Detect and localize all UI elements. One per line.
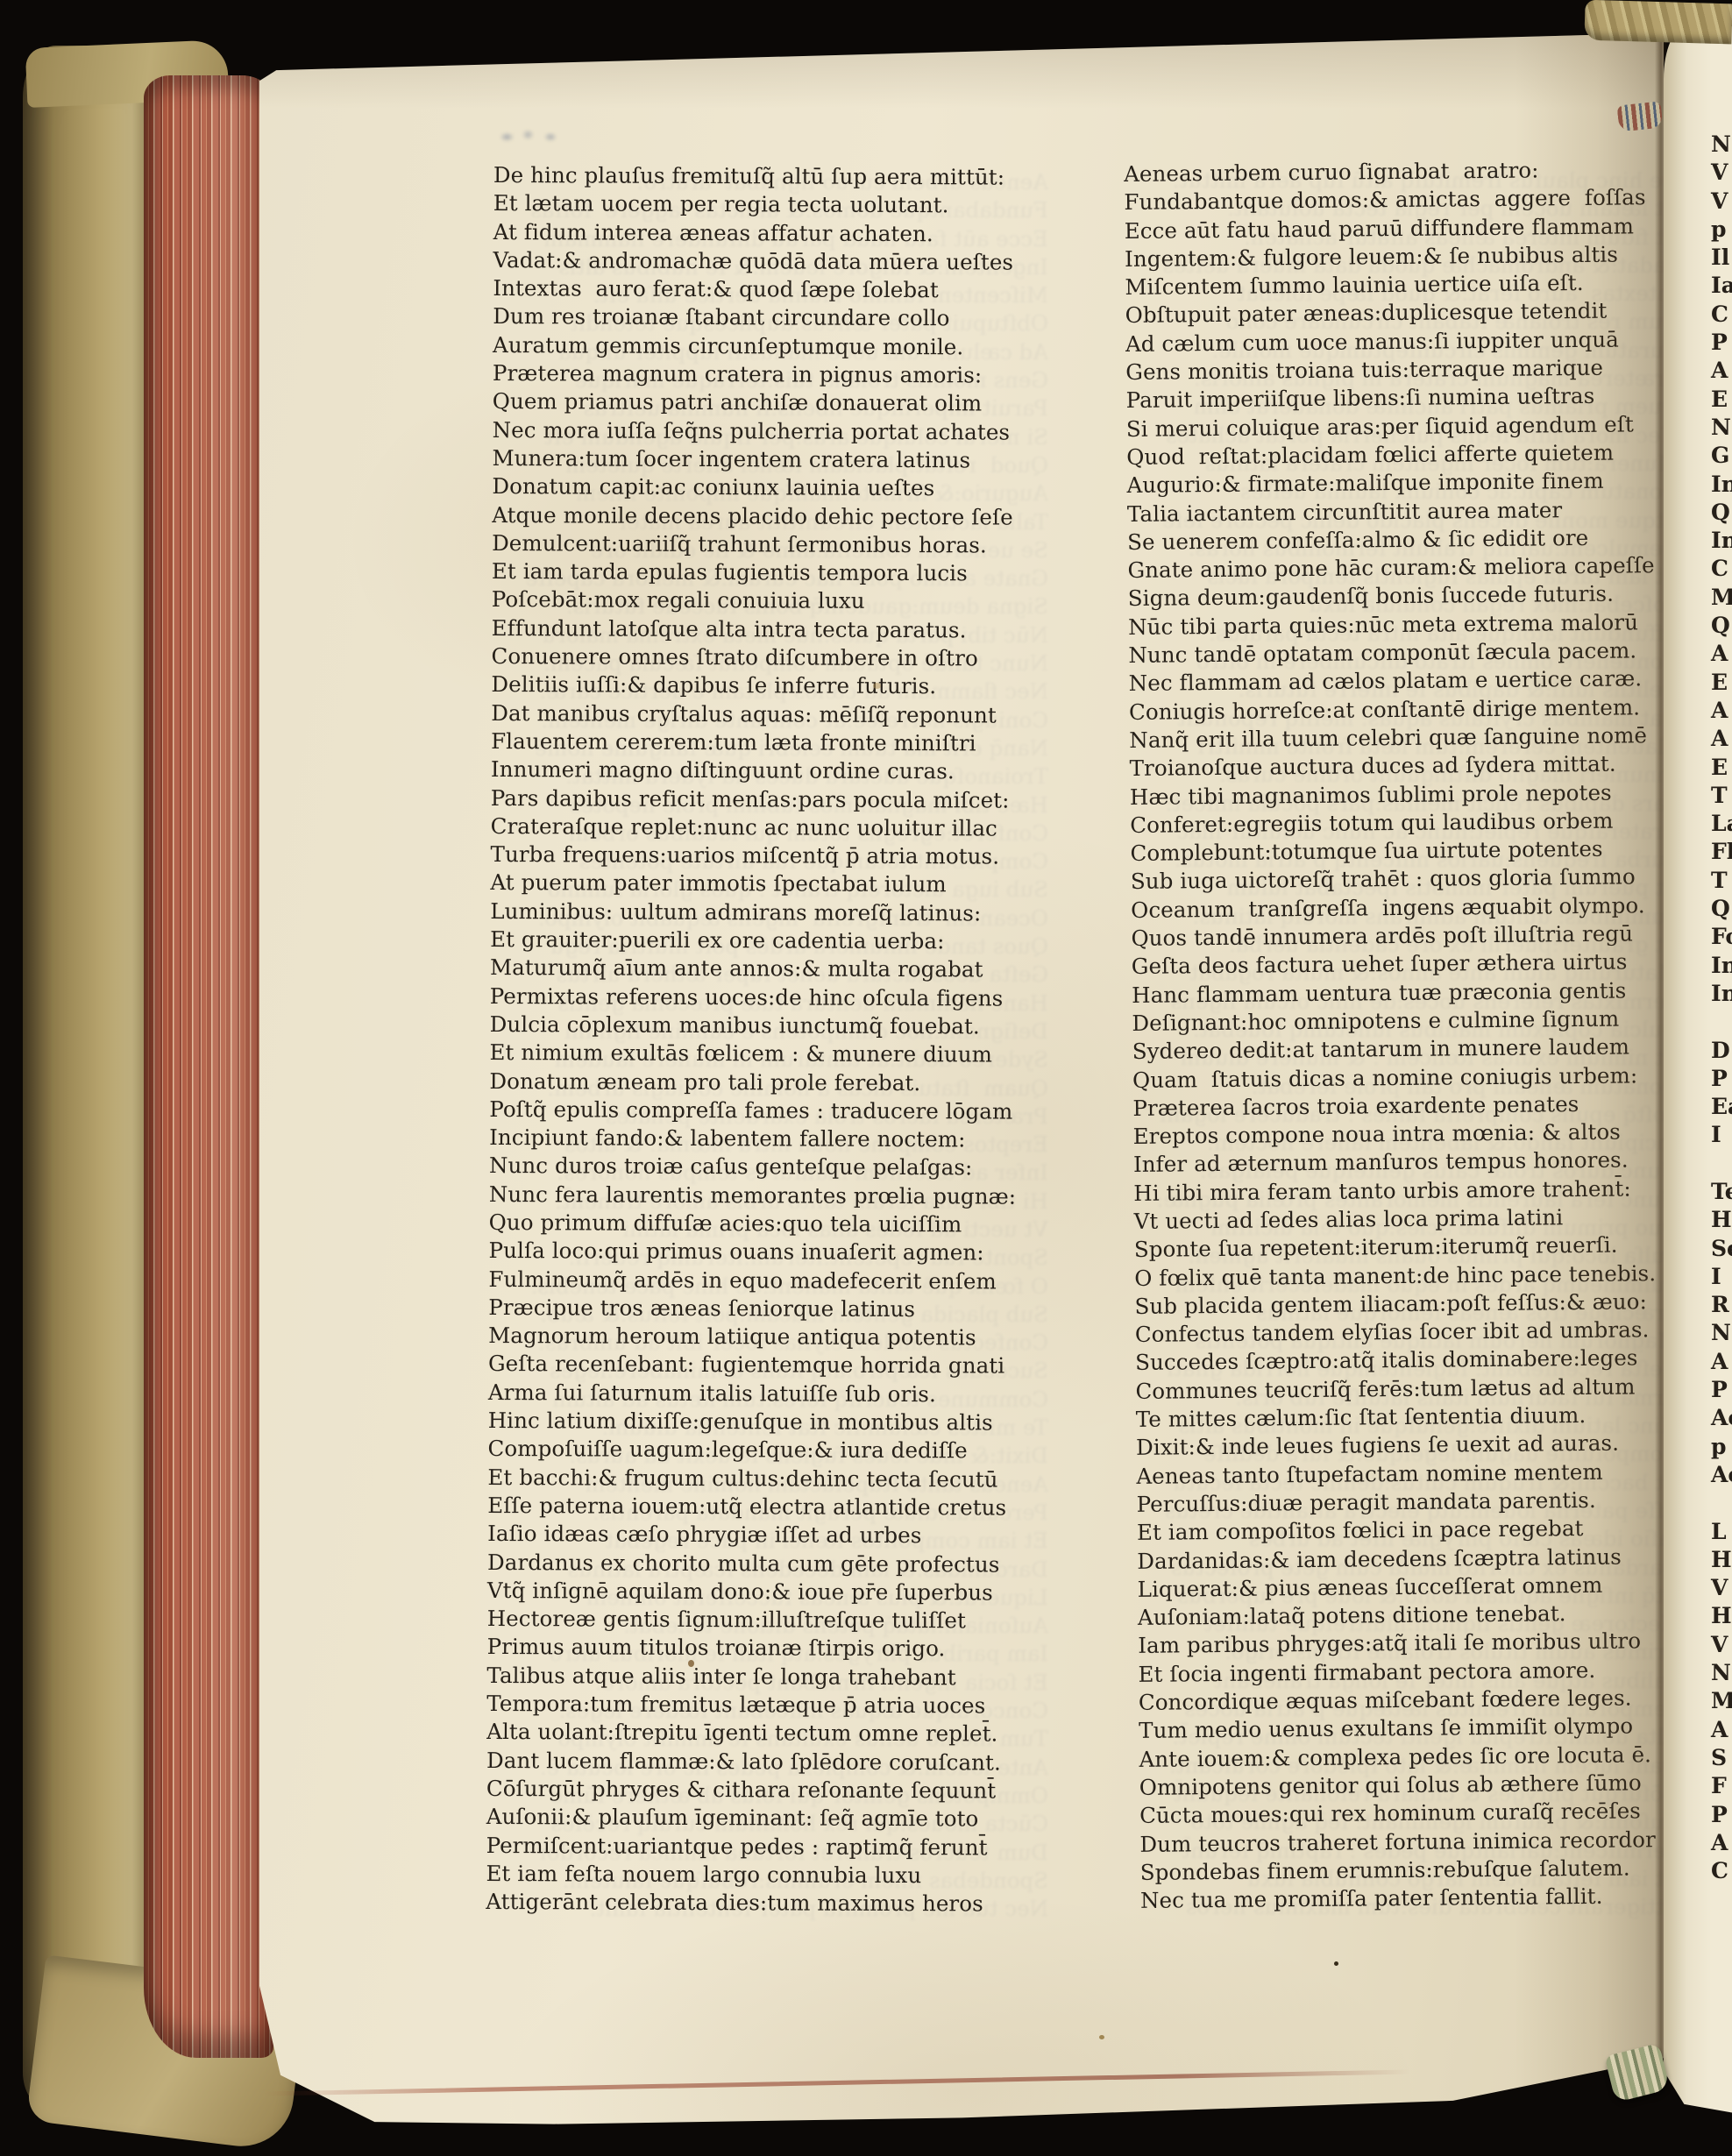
text-line: Sponte ſua repetent:iterum:iterumq̃ reue… [1134,1230,1661,1264]
text-line: Et bacchi:& frugum cultus:dehinc tecta ſ… [487,1464,1014,1494]
text-line: D [1711,1037,1732,1065]
text-line: Tempora:tum fremitus lætæque p̄ atria uo… [486,1690,1013,1720]
text-line: Flauentem cererem:tum læta fronte miniſt… [491,727,1018,758]
text-line [1711,1008,1732,1036]
text-column-left: De hinc plauſus fremituſq̃ altū ſup aera… [486,161,1020,1918]
text-line: Quem priamus patri anchiſæ donauerat oli… [493,387,1019,418]
text-line: Luminibus: uultum admirans moreſq̃ latin… [490,897,1017,928]
text-line: In [1711,980,1732,1008]
text-line: A [1711,640,1732,668]
text-line: C [1711,555,1732,583]
text-line: Il [1711,244,1732,272]
text-line: Poſtq̃ epulis compreſſa fames : traducer… [489,1096,1016,1126]
text-line: Magnorum heroum latiique antiqua potenti… [488,1322,1015,1352]
text-line: Nec tua me promiſſa pater ſententia fall… [1140,1882,1667,1915]
text-line: Dulcia cōplexum manibus iunctumq̃ foueba… [490,1011,1017,1041]
text-line: A [1711,725,1732,753]
text-line: Alta uolant:ſtrepitu īgenti tectum omne … [486,1718,1013,1748]
text-line: p [1711,216,1732,244]
text-line: Conuenere omnes ſtrato diſcumbere in oſt… [491,642,1018,673]
text-line: Hinc latium dixiſſe:genuſque in montibus… [488,1407,1015,1437]
text-line: Te [1711,1178,1732,1206]
text-line: In [1711,527,1732,555]
text-line: Iam paribus phryges:atq̃ itali ſe moribu… [1138,1628,1665,1661]
text-line: Intextas auro ferat:& quod ſæpe ſolebat [493,274,1019,305]
text-line: Geſta deos factura uehet ſuper æthera ui… [1132,947,1658,981]
text-line: Paruit imperiiſque libens:ſi numina ueſt… [1125,382,1652,415]
text-line: Percuſſus:diuæ peragit mandata parentis. [1137,1486,1664,1519]
text-line: At fidum interea æneas affatur achaten. [493,218,1020,249]
text-line: Ea [1711,1093,1732,1121]
text-line: Talibus atque aliis inter ſe longa trahe… [486,1662,1013,1692]
text-line: Fundabantque domos:& amictas aggere foſſ… [1124,184,1650,217]
text-line: H [1711,1546,1732,1574]
text-line: S [1711,1744,1732,1772]
left-page: Aeneas urbem curuo ſignabat aratro:Funda… [259,30,1664,2156]
text-line: Donatum capit:ac coniunx lauinia ueſtes [492,472,1019,503]
text-line: Auratum gemmis circunſeptumque monile. [493,331,1019,362]
text-line: Incipiunt fando:& labentem fallere nocte… [489,1124,1016,1154]
text-line: V [1711,159,1732,187]
text-line: E [1711,754,1732,782]
text-line: Fulmineumq̃ ardēs in equo madefecerit en… [488,1266,1015,1296]
text-line: Dardanus ex chorito multa cum gēte profe… [487,1549,1014,1579]
text-line: Arma ſui ſaturnum italis latuiſſe ſub or… [488,1379,1015,1409]
text-line: Crateraſque replet:nunc ac nunc uoluitur… [491,812,1018,843]
text-line: Sub iuga uictoreſq̃ trahēt : quos gloria… [1131,863,1657,897]
text-line: Ac [1711,1404,1732,1432]
text-line: E [1711,386,1732,414]
text-line: P [1711,1376,1732,1404]
text-line: Munera:tum ſocer ingentem cratera latinu… [492,444,1019,475]
text-line: Nunc fera laurentis memorantes prœlia pu… [489,1181,1016,1211]
text-line: Ia [1711,272,1732,300]
red-fore-edge [144,75,273,2058]
text-line: L [1711,1518,1732,1546]
text-line [1711,1489,1732,1517]
text-line: In [1711,471,1732,499]
text-line: A [1711,1348,1732,1376]
paper-speck [1099,2035,1104,2039]
text-line: Quam ſtatuis dicas a nomine coniugis urb… [1132,1061,1659,1095]
text-line: N [1711,1659,1732,1687]
facing-page-edge: NVVpIlIaCPAENGInQInCMQAEAAETLaFlTQFoInIn… [1664,26,1732,2121]
text-line: N [1711,414,1732,442]
text-line: Cūcta moues:qui rex hominum curaſq̃ recē… [1139,1797,1666,1830]
text-line: Poſcebāt:mox regali conuiuia luxu [492,585,1019,616]
text-line: Liquerat:& pius æneas ſucceſſerat omnem [1138,1571,1665,1604]
text-line [1711,1150,1732,1178]
facing-page-line-initials: NVVpIlIaCPAENGInQInCMQAEAAETLaFlTQFoInIn… [1711,131,1732,1885]
text-line: In [1711,952,1732,980]
text-line: N [1711,1319,1732,1347]
text-line: Nec mora iuſſa ſeq̃ns pulcherria portat … [493,416,1019,447]
text-line: V [1711,1574,1732,1602]
text-line: A [1711,697,1732,725]
text-line: Tum medio uenus exultans ſe immiſit olym… [1139,1712,1665,1745]
text-line: A [1711,1829,1732,1857]
text-line: E [1711,669,1732,697]
text-line: Obſtupuit pater æneas:duplicesque tetend… [1125,297,1652,330]
text-line: T [1711,782,1732,810]
text-line: T [1711,867,1732,895]
photo-of-open-book: Aeneas urbem curuo ſignabat aratro:Funda… [0,0,1732,2156]
text-line: Auſonii:& plauſum īgeminant: ſeq̃ agmīe … [486,1803,1013,1833]
text-line: Permiſcent:uariantque pedes : raptimq̃ f… [486,1831,1013,1862]
text-line: Vtq̃ inſignē aquilam dono:& ioue pr̄e ſu… [487,1577,1014,1607]
text-line: Et iam tarda epulas fugientis tempora lu… [492,557,1019,588]
text-line: La [1711,810,1732,838]
text-line: Q [1711,499,1732,527]
text-line: Turba frequens:uarios miſcentq̃ p̄ atria… [490,840,1017,871]
text-line: Compoſuiſſe uagum:legeſque:& iura dediſſ… [488,1435,1015,1465]
text-line: Demulcent:uariiſq̃ trahunt ſermonibus ho… [492,529,1019,560]
text-line: Quo primum diffuſæ acies:quo tela uiciſſ… [489,1209,1016,1239]
text-line: Se [1711,1235,1732,1263]
text-line: V [1711,188,1732,216]
text-line: Innumeri magno diſtinguunt ordine curas. [491,755,1018,786]
text-line: Augurio:& firmate:maliſque imponite fine… [1126,466,1653,500]
text-line: M [1711,1687,1732,1715]
text-line: Pars dapibus reficit menſas:pars pocula … [491,784,1018,815]
text-line: R [1711,1291,1732,1319]
paper-speck [1334,1961,1338,1966]
text-line: Primus auum titulos troianæ ſtirpis orig… [487,1633,1014,1663]
text-line: Pulſa loco:qui primus ouans inuaſerit ag… [489,1237,1016,1267]
text-line: P [1711,1065,1732,1093]
page-top-shadow [259,30,1664,109]
text-line: Delitiis iuſſi:& dapibus ſe inferre futu… [491,670,1018,701]
text-line: G [1711,442,1732,470]
text-line: Præterea magnum cratera in pignus amoris… [493,359,1019,390]
text-line: Maturumq̃ aīum ante annos:& multa rogaba… [490,954,1017,984]
text-line: H [1711,1602,1732,1630]
text-line: Succedes ſcæptro:atq̃ italis dominabere:… [1135,1344,1662,1378]
text-line: P [1711,329,1732,357]
text-line: V [1711,1631,1732,1659]
text-line: H [1711,1206,1732,1234]
text-line: Hectoreæ gentis ſignum:illuſtreſque tuli… [487,1605,1014,1635]
text-line: Fl [1711,838,1732,866]
text-line: Q [1711,895,1732,923]
book-cover-top-right-sliver [1584,0,1732,44]
text-line: Sydereo dedit:at tantarum in munere laud… [1132,1032,1659,1066]
text-line: Cōſurgūt phryges & cithara reſonante ſeq… [486,1775,1013,1805]
text-line: Et iam feſta nouem largo connubia luxu [486,1860,1012,1890]
text-line: Q [1711,612,1732,640]
text-line: Dat manibus cryſtalus aquas: mēſiſq̃ rep… [491,699,1018,730]
text-line: Eſſe paterna iouem:utq̃ electra atlantid… [487,1492,1014,1522]
text-line: Hi tibi mira feram tanto urbis amore tra… [1133,1174,1660,1208]
text-line: Atque monile decens placido dehic pector… [492,501,1019,532]
text-line: Attigerānt celebrata dies:tum maximus he… [486,1888,1012,1918]
text-line: Donatum æneam pro tali prole ferebat. [489,1067,1016,1097]
text-line: Fo [1711,923,1732,951]
text-line: Dum res troianæ ſtabant circundare collo [493,302,1019,333]
text-line: Permixtas referens uoces:de hinc oſcula … [490,982,1017,1013]
text-line: A [1711,1716,1732,1744]
text-line: De hinc plauſus fremituſq̃ altū ſup aera… [493,161,1020,192]
text-line: I [1711,1263,1732,1291]
text-line: Dixit:& inde leues fugiens ſe uexit ad a… [1136,1429,1663,1463]
text-line: C [1711,301,1732,329]
text-line: Dant lucem flammæ:& lato ſplēdore coruſc… [486,1747,1013,1777]
text-line: N [1711,131,1732,159]
text-line: Et grauiter:puerili ex ore cadentia uerb… [490,926,1017,956]
text-line: M [1711,584,1732,612]
book-cover-edge [23,46,163,2107]
text-line: Præcipue tros æneas ſeniorque latinus [488,1294,1015,1324]
text-line: Et nimium exultās fœlicem : & munere diu… [489,1039,1016,1069]
text-line: C [1711,1857,1732,1885]
text-line: Infer ad æternum manſuros tempus honores… [1133,1146,1660,1180]
text-line: I [1711,1121,1732,1149]
text-line: Geſta recenſebant: fugientemque horrida … [488,1350,1015,1380]
text-line: Signa deum:gaudenſq̃ bonis ſuccede futur… [1128,580,1655,613]
faint-ink-smudge [494,124,564,147]
text-line: Nec flammam ad cælos platam e uertice ca… [1129,665,1656,699]
text-line: Effundunt latoſque alta intra tecta para… [492,614,1019,645]
text-line: Vadat:& andromachæ quōdā data mūera ueſt… [493,246,1019,277]
text-line: P [1711,1801,1732,1829]
text-line: Iaſio idæas cæſo phrygiæ iſſet ad urbes [487,1520,1014,1550]
text-line: Troianoſque auctura duces ad ſydera mitt… [1130,749,1657,783]
text-line: p [1711,1433,1732,1461]
text-line: F [1711,1772,1732,1800]
text-line: Et lætam uocem per regia tecta uolutant. [493,189,1020,220]
text-line: Ac [1711,1461,1732,1489]
text-column-right: Aeneas urbem curuo ſignabat aratro:Funda… [1124,155,1667,1915]
text-line: A [1711,357,1732,385]
text-line: At puerum pater immotis ſpectabat iulum [490,869,1017,899]
text-line: Nunc duros troiæ caſus genteſque pelaſga… [489,1152,1016,1182]
